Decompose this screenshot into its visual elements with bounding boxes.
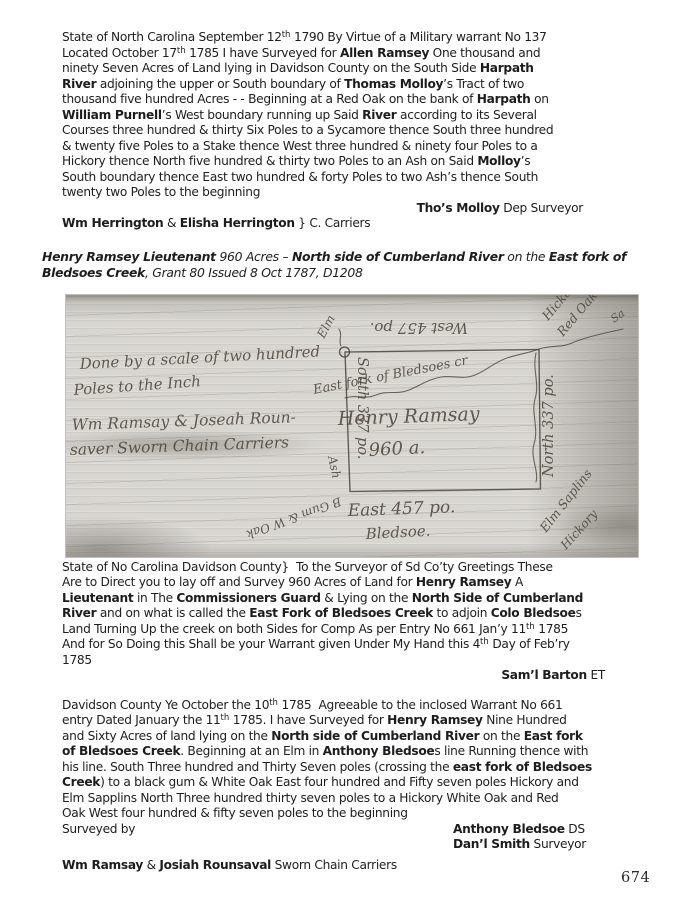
plat-side-top-west: West 457 po. [370,319,468,337]
plat-ash-label: Ash [325,453,344,479]
text-line: South boundary thence East two hundred &… [62,170,642,186]
text-line: Located October 17th 1785 I have Surveye… [62,46,642,62]
plat-bledsoe-note: Bledsoe. [364,521,431,542]
book-page: State of North Carolina September 12th 1… [0,0,700,920]
plat-corner-elm-label: Elm [314,312,338,341]
corner-flourish [339,329,341,346]
plat-scale-note-line1: Done by a scale of two hundred [78,342,320,373]
text-line: Hickory thence North five hundred & thir… [62,154,642,170]
text-line: twenty two Poles to the beginning [62,185,642,201]
signature-block-bledsoe-smith: Anthony Bledsoe DSDan’l Smith Surveyor [453,822,586,853]
text-line: Are to Direct you to lay off and Survey … [62,575,642,591]
signature-saml-barton: Sam’l Barton ET [62,668,605,684]
text-line: Oak West four hundred & fifty seven pole… [62,806,642,822]
plat-corner-bgum-label: B Gum & W Oak [244,493,344,541]
text-line: Creek) to a black gum & White Oak East f… [62,775,642,791]
text-line: Sam’l Barton ET [62,668,605,684]
text-line: Lieutenant in The Commissioners Guard & … [62,591,642,607]
text-line: Bledsoes Creek, Grant 80 Issued 8 Oct 17… [42,265,642,281]
plat-carriers-line2: saver Sworn Chain Carriers [70,433,290,459]
text-line: River adjoining the upper or South bound… [62,77,642,93]
text-line: Tho’s Molloy Dep Surveyor [62,201,583,217]
survey-plat-drawing: Done by a scale of two hundred Poles to … [66,295,638,557]
creek-line [345,329,623,398]
text-line: State of North Carolina September 12th 1… [62,30,642,46]
surveyed-by-row: Surveyed by Anthony Bledsoe DSDan’l Smit… [62,822,642,855]
text-line: 1785 [62,653,642,669]
text-line: ninety Seven Acres of Land lying in Davi… [62,61,642,77]
text-line: Wm Herrington & Elisha Herrington } C. C… [62,216,642,232]
text-line: State of No Carolina Davidson County} To… [62,560,642,576]
text-line: Dan’l Smith Surveyor [453,837,586,853]
text-line: Anthony Bledsoe DS [453,822,586,838]
creek-branch-line [533,353,537,482]
plat-corner-fragment: Sa [608,306,627,325]
paragraph-survey-1785: Davidson County Ye October the 10th 1785… [62,698,642,822]
plat-creek-label: East fork of Bledsoes cr [311,353,470,398]
page-content: State of North Carolina September 12th 1… [62,30,642,873]
survey-plat-scan: Done by a scale of two hundred Poles to … [66,295,638,557]
text-line: his line. South Three hundred and Thirty… [62,760,642,776]
paragraph-survey-1790: State of North Carolina September 12th 1… [62,30,642,201]
chain-carriers-ramsay-rounsaval: Wm Ramsay & Josiah Rounsaval Sworn Chain… [62,858,642,874]
text-line: River and on what is called the East For… [62,606,642,622]
text-line: entry Dated January the 11th 1785. I hav… [62,713,642,729]
plat-side-bottom-east: East 457 po. [346,497,455,521]
text-line: Davidson County Ye October the 10th 1785… [62,698,642,714]
text-line: Courses three hundred & thirty Six Poles… [62,123,642,139]
plat-scale-note-line2: Poles to the Inch [72,372,201,399]
plat-carriers-line1: Wm Ramsay & Joseah Roun- [72,408,297,434]
text-line: and Sixty Acres of land lying on the Nor… [62,729,642,745]
record-heading-henry-ramsey: Henry Ramsey Lieutenant 960 Acres – Nort… [42,249,642,281]
text-line: Elm Sapplins North Three hundred thirty … [62,791,642,807]
text-line: Wm Ramsay & Josiah Rounsaval Sworn Chain… [62,858,642,874]
text-line: of Bledsoes Creek. Beginning at an Elm i… [62,744,642,760]
paragraph-warrant-1785: State of No Carolina Davidson County} To… [62,560,642,669]
signature-thos-molloy: Tho’s Molloy Dep Surveyor [62,201,583,217]
plat-acreage: 960 a. [368,437,426,461]
text-line: Henry Ramsey Lieutenant 960 Acres – Nort… [42,249,642,265]
text-line: Land Turning Up the creek on both Sides … [62,622,642,638]
text-line: William Purnell’s West boundary running … [62,108,642,124]
chain-carriers-herrington: Wm Herrington & Elisha Herrington } C. C… [62,216,642,232]
page-number: 674 [621,870,650,886]
text-line: And for So Doing this Shall be your Warr… [62,637,642,653]
text-line: & twenty five Poles to a Stake thence We… [62,139,642,155]
text-line: thousand five hundred Acres - - Beginnin… [62,92,642,108]
plat-side-right-north: North 337 po. [541,374,557,478]
